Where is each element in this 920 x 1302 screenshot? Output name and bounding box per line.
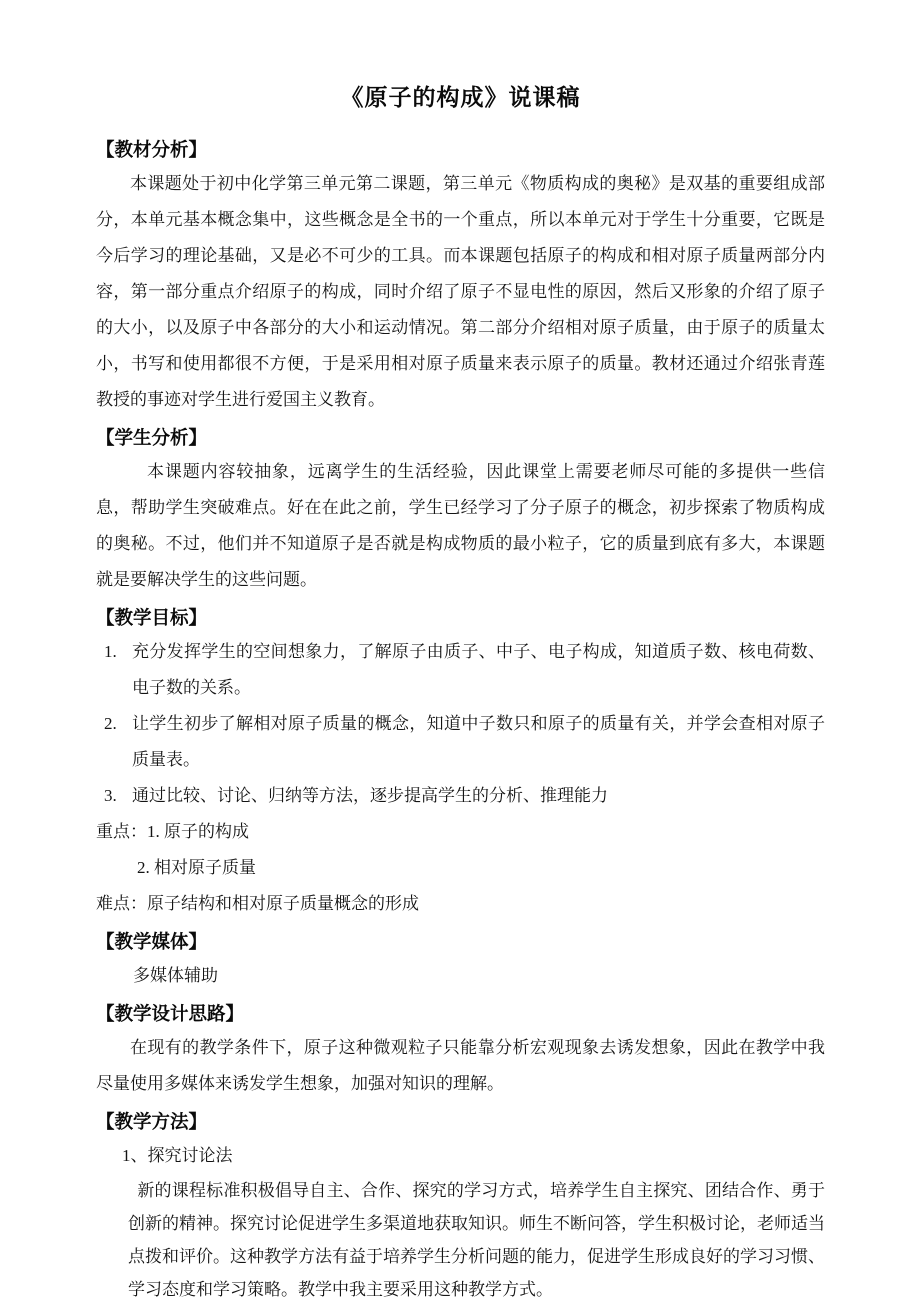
goal-item-3: 3. 通过比较、讨论、归纳等方法，逐步提高学生的分析、推理能力	[96, 778, 825, 814]
section-heading-teaching-media: 【教学媒体】	[96, 926, 825, 958]
paragraph-material-analysis: 本课题处于初中化学第三单元第二课题，第三单元《物质构成的奥秘》是双基的重要组成部…	[96, 166, 825, 418]
page-title: 《原子的构成》说课稿	[96, 78, 825, 116]
goal-number-2: 2.	[104, 706, 132, 778]
method-title: 1、探究讨论法	[122, 1138, 825, 1174]
paragraph-student-analysis: 本课题内容较抽象，远离学生的生活经验，因此课堂上需要老师尽可能的多提供一些信息，…	[96, 454, 825, 598]
section-heading-student-analysis: 【学生分析】	[96, 422, 825, 454]
goal-text-1: 充分发挥学生的空间想象力，了解原子由质子、中子、电子构成，知道质子数、核电荷数、…	[132, 634, 825, 706]
teaching-media-text: 多媒体辅助	[133, 958, 825, 994]
difficulty-line: 难点：原子结构和相对原子质量概念的形成	[96, 886, 825, 922]
section-heading-material-analysis: 【教材分析】	[96, 134, 825, 166]
goal-text-3: 通过比较、讨论、归纳等方法，逐步提高学生的分析、推理能力	[132, 778, 825, 814]
goal-item-2: 2. 让学生初步了解相对原子质量的概念，知道中子数只和原子的质量有关，并学会查相…	[96, 706, 825, 778]
paragraph-design-idea: 在现有的教学条件下，原子这种微观粒子只能靠分析宏观现象去诱发想象，因此在教学中我…	[96, 1030, 825, 1102]
goal-item-1: 1. 充分发挥学生的空间想象力，了解原子由质子、中子、电子构成，知道质子数、核电…	[96, 634, 825, 706]
goal-number-1: 1.	[104, 634, 132, 706]
paragraph-teaching-methods: 新的课程标准积极倡导自主、合作、探究的学习方式，培养学生自主探究、团结合作、勇于…	[128, 1174, 825, 1302]
document-page: 《原子的构成》说课稿 【教材分析】 本课题处于初中化学第三单元第二课题，第三单元…	[0, 0, 920, 1302]
goal-text-2: 让学生初步了解相对原子质量的概念，知道中子数只和原子的质量有关，并学会查相对原子…	[132, 706, 825, 778]
section-heading-teaching-goals: 【教学目标】	[96, 602, 825, 634]
key-points-line-2: 2. 相对原子质量	[137, 850, 825, 886]
section-heading-design-idea: 【教学设计思路】	[96, 998, 825, 1030]
goal-number-3: 3.	[104, 778, 132, 814]
key-points-line-1: 重点：1. 原子的构成	[96, 814, 825, 850]
section-heading-teaching-methods: 【教学方法】	[96, 1106, 825, 1138]
